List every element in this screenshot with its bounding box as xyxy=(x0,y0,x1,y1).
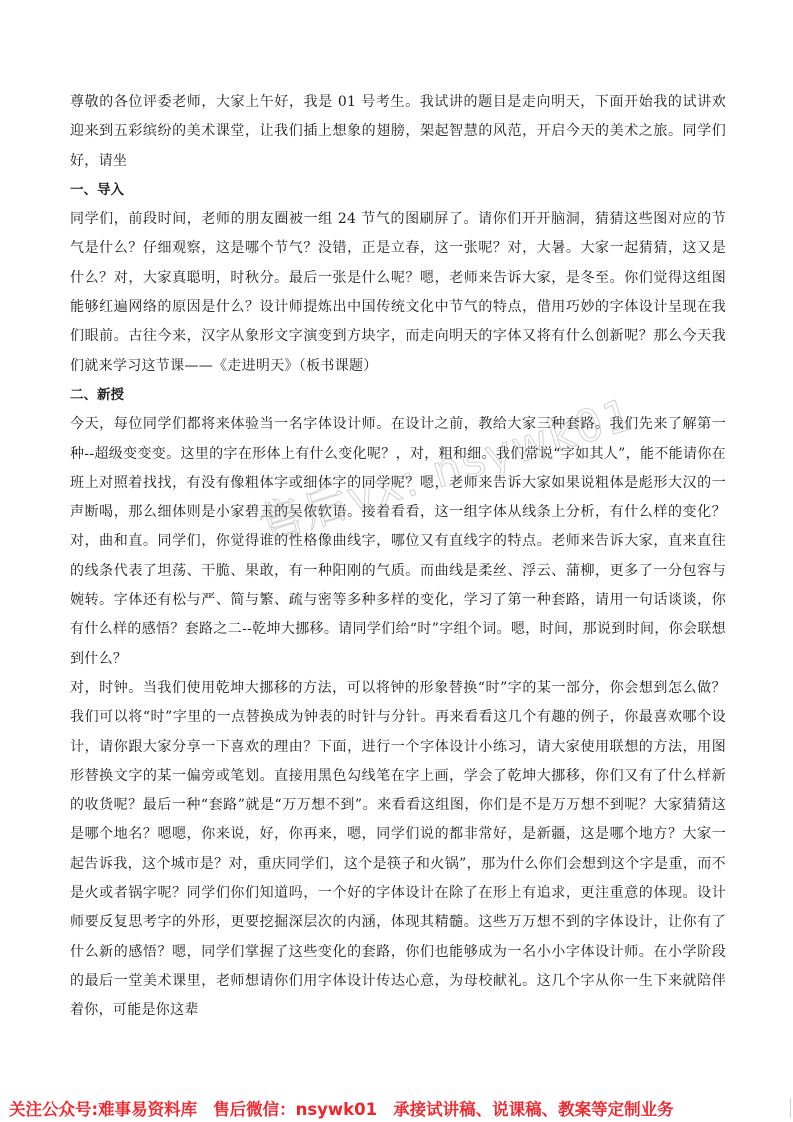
footer-services: 承接试讲稿、说课稿、教案等定制业务 xyxy=(393,1096,674,1120)
intro-paragraph: 尊敬的各位评委老师，大家上午好，我是 01 号考生。我试讲的题目是走向明天，下面… xyxy=(70,88,726,176)
new-lesson-paragraph-1: 今天，每位同学们都将来体验当一名字体设计师。在设计之前，教给大家三种套路。我们先… xyxy=(70,410,726,674)
intro-section-paragraph: 同学们，前段时间，老师的朋友圈被一组 24 节气的图刷屏了。请你们开开脑洞，猜猜… xyxy=(70,205,726,381)
document-page: 尊敬的各位评委老师，大家上午好，我是 01 号考生。我试讲的题目是走向明天，下面… xyxy=(70,88,726,1026)
footer-wechat-contact: 售后微信：nsywk01 xyxy=(213,1096,377,1120)
section-heading-new-lesson: 二、新授 xyxy=(70,381,726,410)
section-heading-intro: 一、导入 xyxy=(70,176,726,205)
footer-divider xyxy=(790,1098,791,1118)
new-lesson-paragraph-2: 对，时钟。当我们使用乾坤大挪移的方法，可以将钟的形象替换“时”字的某一部分，你会… xyxy=(70,674,726,1026)
footer-banner: 关注公众号:难事易资料库 售后微信：nsywk01 承接试讲稿、说课稿、教案等定… xyxy=(0,1094,793,1122)
footer-follow-account: 关注公众号:难事易资料库 xyxy=(9,1096,197,1120)
